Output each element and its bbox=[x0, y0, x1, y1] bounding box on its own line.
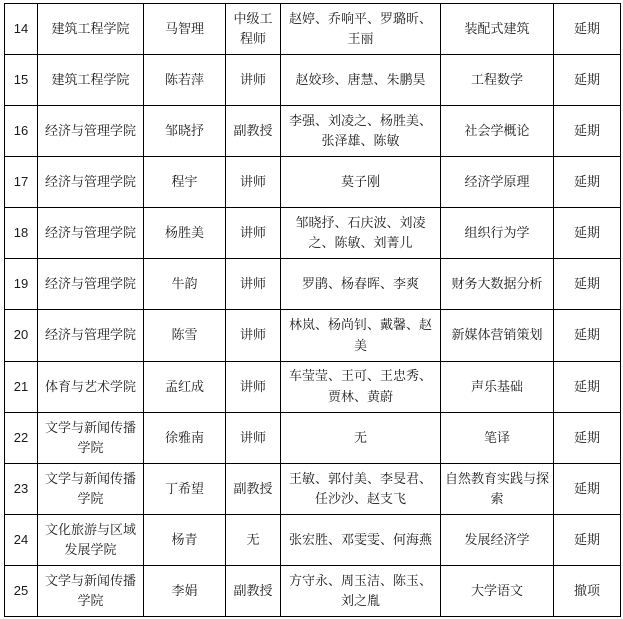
cell-college: 经济与管理学院 bbox=[38, 208, 144, 259]
cell-members: 邹晓抒、石庆波、刘凌之、陈敏、刘菁儿 bbox=[281, 208, 441, 259]
course-table: 14 建筑工程学院 马智理 中级工程师 赵婷、乔响平、罗璐昕、王丽 装配式建筑 … bbox=[4, 3, 621, 617]
table-row: 14 建筑工程学院 马智理 中级工程师 赵婷、乔响平、罗璐昕、王丽 装配式建筑 … bbox=[5, 4, 621, 55]
cell-college: 建筑工程学院 bbox=[38, 55, 144, 106]
table-row: 23 文学与新闻传播学院 丁希望 副教授 王敏、郭付美、李旻君、任沙沙、赵支飞 … bbox=[5, 463, 621, 514]
cell-title: 讲师 bbox=[226, 361, 281, 412]
cell-course: 装配式建筑 bbox=[441, 4, 554, 55]
cell-row-number: 20 bbox=[5, 310, 38, 361]
cell-title: 无 bbox=[226, 514, 281, 565]
cell-status: 延期 bbox=[554, 463, 621, 514]
cell-leader: 李娟 bbox=[144, 565, 226, 616]
table-row: 17 经济与管理学院 程宇 讲师 莫子刚 经济学原理 延期 bbox=[5, 157, 621, 208]
cell-title: 副教授 bbox=[226, 463, 281, 514]
cell-members: 林岚、杨尚钊、戴馨、赵美 bbox=[281, 310, 441, 361]
cell-row-number: 16 bbox=[5, 106, 38, 157]
table-row: 18 经济与管理学院 杨胜美 讲师 邹晓抒、石庆波、刘凌之、陈敏、刘菁儿 组织行… bbox=[5, 208, 621, 259]
cell-course: 财务大数据分析 bbox=[441, 259, 554, 310]
cell-leader: 程宇 bbox=[144, 157, 226, 208]
cell-leader: 陈若萍 bbox=[144, 55, 226, 106]
cell-members: 李强、刘凌之、杨胜美、张泽雄、陈敏 bbox=[281, 106, 441, 157]
cell-college: 文化旅游与区域发展学院 bbox=[38, 514, 144, 565]
cell-row-number: 15 bbox=[5, 55, 38, 106]
cell-leader: 丁希望 bbox=[144, 463, 226, 514]
cell-title: 讲师 bbox=[226, 412, 281, 463]
cell-course: 声乐基础 bbox=[441, 361, 554, 412]
cell-row-number: 25 bbox=[5, 565, 38, 616]
cell-leader: 牛韵 bbox=[144, 259, 226, 310]
cell-members: 赵婷、乔响平、罗璐昕、王丽 bbox=[281, 4, 441, 55]
cell-row-number: 22 bbox=[5, 412, 38, 463]
table-row: 25 文学与新闻传播学院 李娟 副教授 方守永、周玉洁、陈玉、刘之胤 大学语文 … bbox=[5, 565, 621, 616]
cell-title: 副教授 bbox=[226, 106, 281, 157]
table-row: 24 文化旅游与区域发展学院 杨青 无 张宏胜、邓雯雯、何海燕 发展经济学 延期 bbox=[5, 514, 621, 565]
table-row: 19 经济与管理学院 牛韵 讲师 罗鹃、杨春晖、李爽 财务大数据分析 延期 bbox=[5, 259, 621, 310]
cell-row-number: 21 bbox=[5, 361, 38, 412]
cell-college: 文学与新闻传播学院 bbox=[38, 412, 144, 463]
cell-members: 罗鹃、杨春晖、李爽 bbox=[281, 259, 441, 310]
cell-college: 体育与艺术学院 bbox=[38, 361, 144, 412]
cell-leader: 徐雅南 bbox=[144, 412, 226, 463]
table-row: 16 经济与管理学院 邹晓抒 副教授 李强、刘凌之、杨胜美、张泽雄、陈敏 社会学… bbox=[5, 106, 621, 157]
table-row: 20 经济与管理学院 陈雪 讲师 林岚、杨尚钊、戴馨、赵美 新媒体营销策划 延期 bbox=[5, 310, 621, 361]
cell-members: 莫子刚 bbox=[281, 157, 441, 208]
cell-status: 延期 bbox=[554, 412, 621, 463]
cell-title: 讲师 bbox=[226, 259, 281, 310]
cell-course: 组织行为学 bbox=[441, 208, 554, 259]
cell-course: 工程数学 bbox=[441, 55, 554, 106]
cell-college: 经济与管理学院 bbox=[38, 106, 144, 157]
cell-college: 建筑工程学院 bbox=[38, 4, 144, 55]
cell-leader: 杨胜美 bbox=[144, 208, 226, 259]
cell-members: 车莹莹、王可、王忠秀、贾林、黄蔚 bbox=[281, 361, 441, 412]
cell-college: 经济与管理学院 bbox=[38, 310, 144, 361]
table-row: 22 文学与新闻传播学院 徐雅南 讲师 无 笔译 延期 bbox=[5, 412, 621, 463]
cell-status: 撤项 bbox=[554, 565, 621, 616]
cell-college: 文学与新闻传播学院 bbox=[38, 463, 144, 514]
cell-college: 经济与管理学院 bbox=[38, 259, 144, 310]
cell-status: 延期 bbox=[554, 55, 621, 106]
cell-status: 延期 bbox=[554, 4, 621, 55]
cell-title: 中级工程师 bbox=[226, 4, 281, 55]
course-table-container: 14 建筑工程学院 马智理 中级工程师 赵婷、乔响平、罗璐昕、王丽 装配式建筑 … bbox=[4, 3, 620, 617]
cell-status: 延期 bbox=[554, 361, 621, 412]
cell-members: 王敏、郭付美、李旻君、任沙沙、赵支飞 bbox=[281, 463, 441, 514]
cell-title: 讲师 bbox=[226, 55, 281, 106]
cell-course: 新媒体营销策划 bbox=[441, 310, 554, 361]
cell-members: 张宏胜、邓雯雯、何海燕 bbox=[281, 514, 441, 565]
cell-title: 讲师 bbox=[226, 310, 281, 361]
cell-title: 讲师 bbox=[226, 208, 281, 259]
cell-status: 延期 bbox=[554, 514, 621, 565]
cell-row-number: 17 bbox=[5, 157, 38, 208]
cell-status: 延期 bbox=[554, 310, 621, 361]
cell-row-number: 14 bbox=[5, 4, 38, 55]
cell-status: 延期 bbox=[554, 106, 621, 157]
cell-leader: 陈雪 bbox=[144, 310, 226, 361]
cell-leader: 邹晓抒 bbox=[144, 106, 226, 157]
cell-row-number: 18 bbox=[5, 208, 38, 259]
cell-status: 延期 bbox=[554, 208, 621, 259]
cell-leader: 杨青 bbox=[144, 514, 226, 565]
cell-leader: 孟红成 bbox=[144, 361, 226, 412]
cell-course: 经济学原理 bbox=[441, 157, 554, 208]
cell-course: 笔译 bbox=[441, 412, 554, 463]
cell-row-number: 24 bbox=[5, 514, 38, 565]
cell-leader: 马智理 bbox=[144, 4, 226, 55]
cell-title: 副教授 bbox=[226, 565, 281, 616]
cell-title: 讲师 bbox=[226, 157, 281, 208]
table-body: 14 建筑工程学院 马智理 中级工程师 赵婷、乔响平、罗璐昕、王丽 装配式建筑 … bbox=[5, 4, 621, 617]
cell-course: 大学语文 bbox=[441, 565, 554, 616]
cell-row-number: 23 bbox=[5, 463, 38, 514]
cell-row-number: 19 bbox=[5, 259, 38, 310]
table-row: 15 建筑工程学院 陈若萍 讲师 赵姣珍、唐慧、朱鹏昊 工程数学 延期 bbox=[5, 55, 621, 106]
cell-status: 延期 bbox=[554, 157, 621, 208]
cell-members: 无 bbox=[281, 412, 441, 463]
table-row: 21 体育与艺术学院 孟红成 讲师 车莹莹、王可、王忠秀、贾林、黄蔚 声乐基础 … bbox=[5, 361, 621, 412]
cell-status: 延期 bbox=[554, 259, 621, 310]
cell-course: 社会学概论 bbox=[441, 106, 554, 157]
cell-course: 发展经济学 bbox=[441, 514, 554, 565]
cell-members: 赵姣珍、唐慧、朱鹏昊 bbox=[281, 55, 441, 106]
cell-college: 文学与新闻传播学院 bbox=[38, 565, 144, 616]
cell-course: 自然教育实践与探索 bbox=[441, 463, 554, 514]
cell-members: 方守永、周玉洁、陈玉、刘之胤 bbox=[281, 565, 441, 616]
cell-college: 经济与管理学院 bbox=[38, 157, 144, 208]
